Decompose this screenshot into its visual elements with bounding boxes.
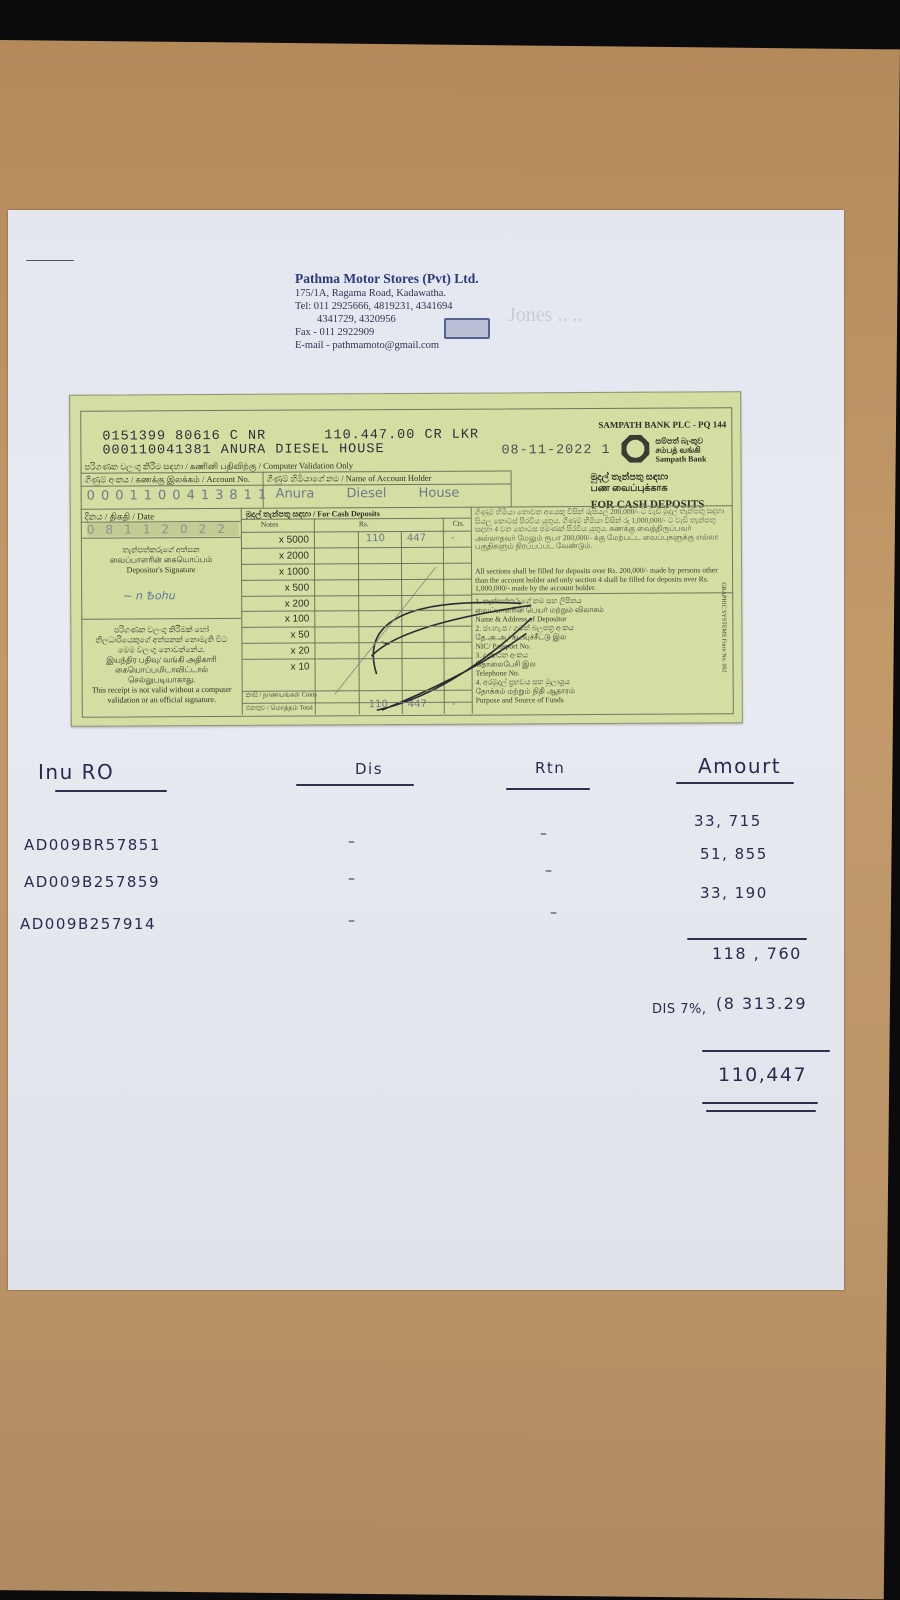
discount-label: DIS 7%, (652, 1002, 706, 1017)
denomination-label: x 2000 (247, 551, 309, 562)
subtotal: 118 , 760 (712, 944, 802, 963)
header-rtn: Rtn (535, 759, 565, 777)
bank-deposit-slip: 0151399 80616 C NR 110.447.00 CR LKR 000… (69, 391, 743, 727)
company-logo-stamp (444, 318, 490, 339)
company-email: E-mail - pathmamoto@gmail.com (295, 339, 479, 352)
invoice-number: AD009B257859 (24, 873, 160, 891)
invoice-number: AD009BR57851 (24, 836, 161, 854)
discount-cell: – (348, 871, 357, 887)
amount-cell: 33, 715 (694, 812, 762, 830)
header-amount: Amourt (698, 754, 781, 778)
bleed-through-text: Jones .. .. (508, 304, 582, 327)
return-cell: – (550, 905, 559, 921)
amount-cell: 51, 855 (700, 845, 768, 863)
return-cell: – (540, 826, 549, 842)
header-dis: Dis (355, 760, 383, 778)
denomination-label: x 500 (247, 583, 309, 594)
amount-cell: 33, 190 (700, 884, 768, 902)
invoice-number: AD009B257914 (20, 915, 156, 933)
denomination-label: x 50 (247, 630, 309, 641)
company-tel: Tel: 011 2925666, 4819231, 4341694 (295, 300, 479, 313)
denomination-label: x 100 (247, 614, 309, 625)
denomination-label: x 10 (248, 662, 310, 673)
letterhead: Pathma Motor Stores (Pvt) Ltd. 175/1A, R… (295, 272, 479, 352)
discount-cell: – (348, 913, 357, 929)
company-address: 175/1A, Ragama Road, Kadawatha. (295, 287, 479, 300)
return-cell: – (545, 863, 554, 879)
header-inv-no: Inu RO (38, 760, 114, 784)
denomination-label: x 200 (247, 599, 309, 610)
pen-mark (26, 260, 74, 261)
denomination-label: x 5000 (247, 535, 309, 546)
cancellation-scribble (70, 392, 742, 726)
denomination-label: x 1000 (247, 567, 309, 578)
discount-value: (8 313.29 (716, 994, 807, 1013)
discount-cell: – (348, 834, 357, 850)
paper-sheet (8, 210, 844, 1290)
net-total: 110,447 (718, 1064, 807, 1086)
denomination-label: x 20 (247, 646, 309, 657)
company-name: Pathma Motor Stores (Pvt) Ltd. (295, 272, 479, 285)
